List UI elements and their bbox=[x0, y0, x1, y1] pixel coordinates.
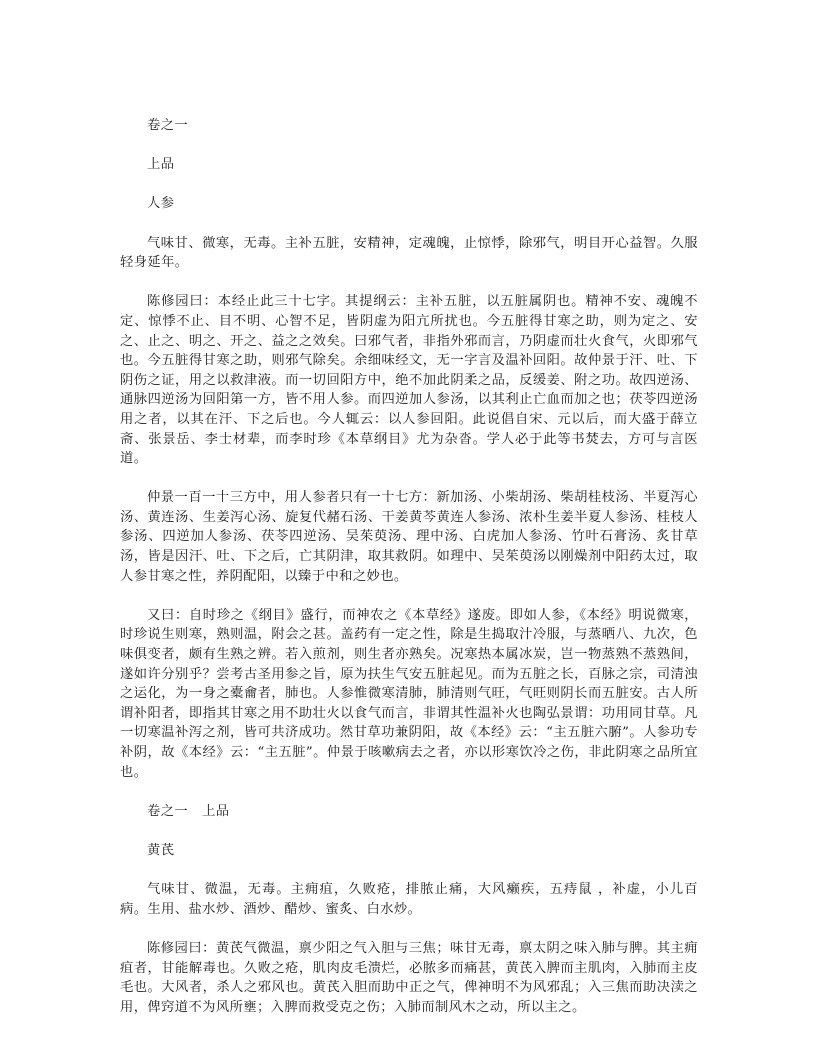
volume-grade-heading: 卷之一上品 bbox=[120, 802, 698, 822]
huangqi-commentary-paragraph: 陈修园曰：黄芪气微温，禀少阳之气入胆与三焦；味甘无毒，禀太阴之味入肺与脾。其主痈… bbox=[120, 939, 698, 1017]
grade-label: 上品 bbox=[202, 804, 229, 819]
renshen-further-commentary-paragraph: 又曰：自时珍之《纲目》盛行，而神农之《本草经》遂废。即如人参，《本经》明说微寒，… bbox=[120, 606, 698, 782]
document-page: 卷之一 上品 人参 气味甘、微寒，无毒。主补五脏，安精神，定魂魄，止惊悸，除邪气… bbox=[120, 116, 698, 1037]
herb-title-huangqi: 黄芪 bbox=[120, 841, 698, 861]
herb-title-renshen: 人参 bbox=[120, 194, 698, 214]
volume-heading: 卷之一 bbox=[120, 116, 698, 136]
zhongjing-formulas-paragraph: 仲景一百一十三方中，用人参者只有一十七方：新加汤、小柴胡汤、柴胡桂枝汤、半夏泻心… bbox=[120, 488, 698, 586]
renshen-properties-paragraph: 气味甘、微寒，无毒。主补五脏，安精神，定魂魄，止惊悸，除邪气，明目开心益智。久服… bbox=[120, 234, 698, 273]
grade-heading: 上品 bbox=[120, 155, 698, 175]
volume-label: 卷之一 bbox=[147, 804, 188, 819]
huangqi-properties-paragraph: 气味甘、微温，无毒。主痈疽，久败疮，排脓止痛，大风癞疾，五痔鼠 ，补虚，小儿百病… bbox=[120, 880, 698, 919]
renshen-commentary-paragraph: 陈修园曰：本经止此三十七字。其提纲云：主补五脏，以五脏属阴也。精神不安、魂魄不定… bbox=[120, 292, 698, 468]
